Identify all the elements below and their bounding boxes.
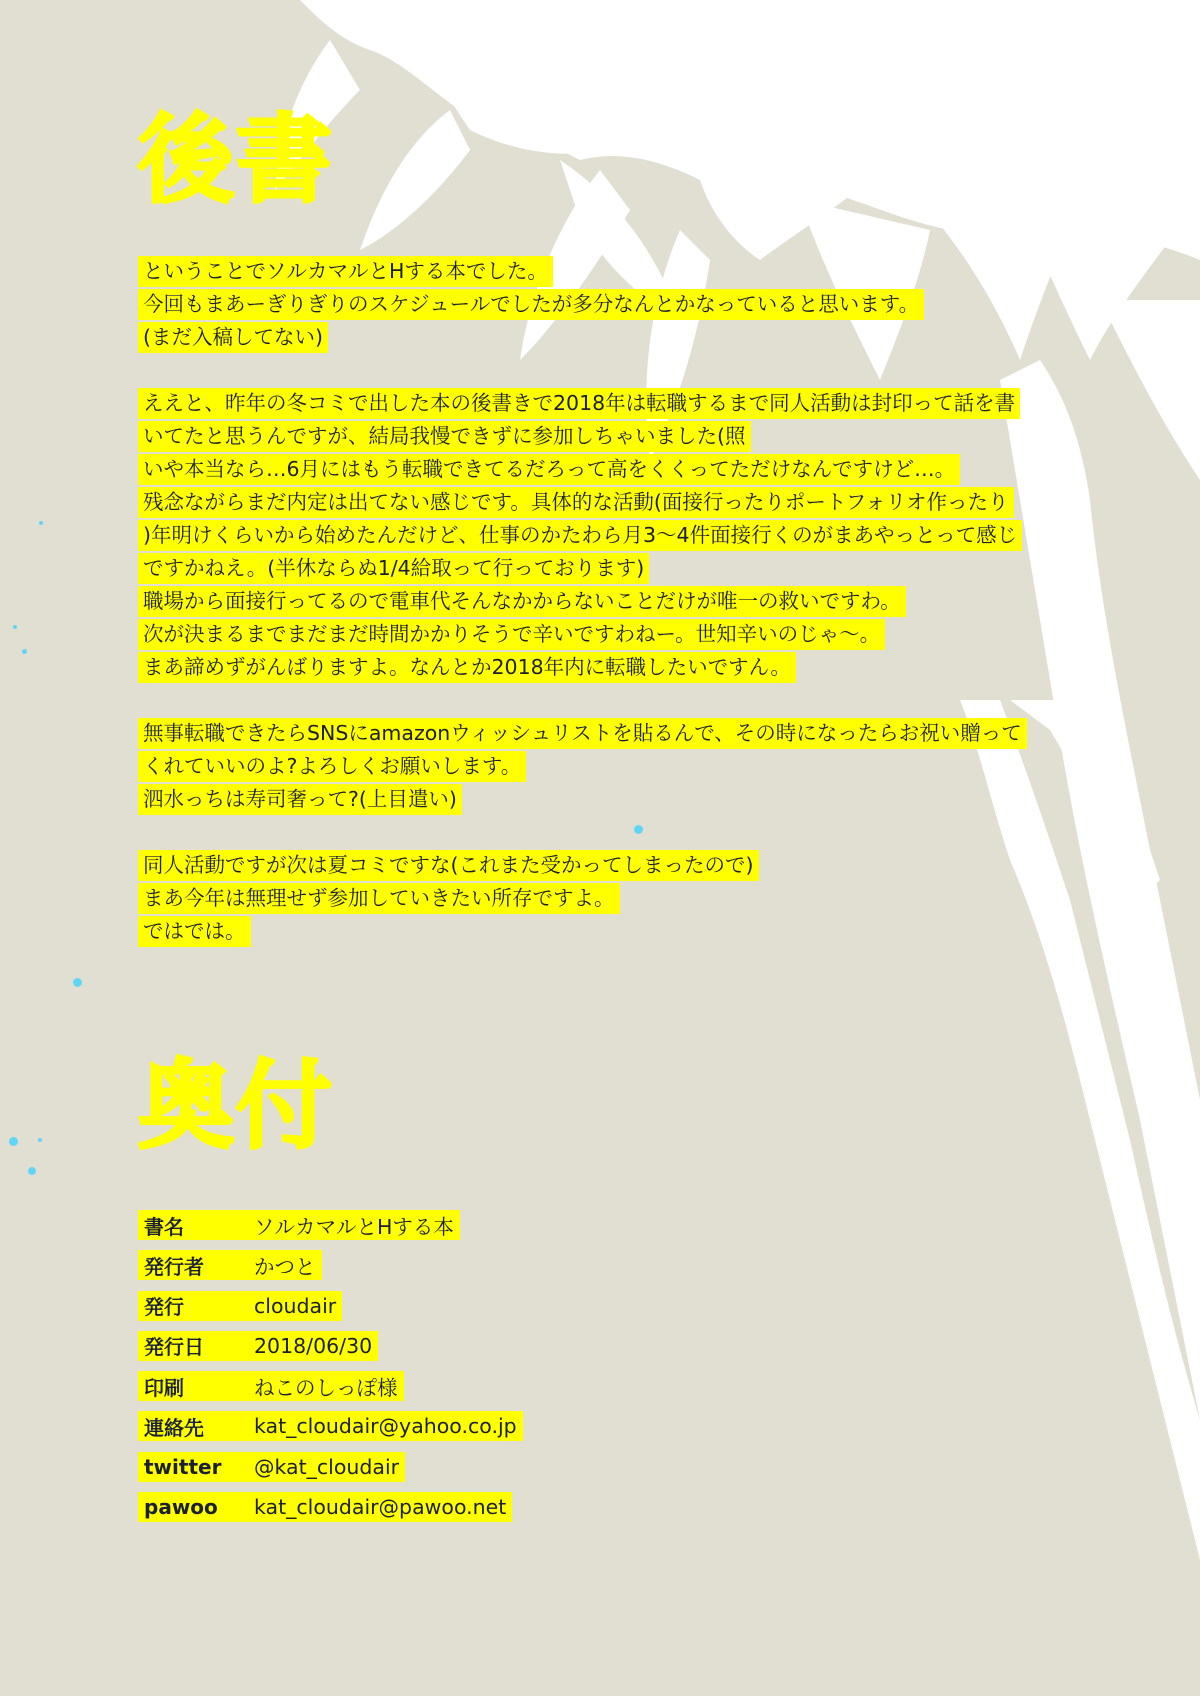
contact-email[interactable]: kat_cloudair@yahoo.co.jp [254,1414,517,1438]
decorative-dot [13,625,17,629]
colophon-value: ねこのしっぽ様 [254,1371,398,1401]
colophon-row-contact: 連絡先kat_cloudair@yahoo.co.jp [138,1411,523,1451]
colophon-row-twitter: twitter@kat_cloudair [138,1452,523,1492]
decorative-dot [28,1167,36,1175]
colophon-key: 連絡先 [144,1412,254,1441]
text-line: まあ今年は無理せず参加していきたい所存ですよ。 [138,883,620,914]
colophon-table: 書名ソルカマルとHする本 発行者かつと 発行cloudair 発行日2018/0… [138,1210,523,1532]
text-line: )年明けくらいから始めたんだけど、仕事のかたわら月3〜4件面接行くのがまあやっと… [138,520,1022,551]
text-line: 次が決まるまでまだまだ時間かかりそうで辛いですわねー。世知辛いのじゃ〜。 [138,619,885,650]
colophon-value: かつと [254,1250,316,1280]
paragraph-2: ええと、昨年の冬コミで出した本の後書きで2018年は転職するまで同人活動は封印っ… [138,388,1098,685]
text-line: 同人活動ですが次は夏コミですな(これまた受かってしまったので) [138,850,759,881]
decorative-dot [73,978,82,987]
text-line: (まだ入稿してない) [138,322,328,353]
afterword-page: 後書 ということでソルカマルとHする本でした。 今回もまあーぎりぎりのスケジュー… [0,0,1200,1696]
twitter-handle[interactable]: @kat_cloudair [254,1455,399,1479]
colophon-row-date: 発行日2018/06/30 [138,1331,523,1371]
colophon-key: twitter [144,1455,254,1479]
colophon-key: 書名 [144,1211,254,1240]
pawoo-account[interactable]: kat_cloudair@pawoo.net [254,1495,506,1519]
text-line: ですかねえ。(半休ならぬ1/4給取って行っております) [138,553,649,584]
afterword-title: 後書 [138,112,334,208]
text-line: ということでソルカマルとHする本でした。 [138,256,553,287]
text-line: 今回もまあーぎりぎりのスケジュールでしたが多分なんとかなっていると思います。 [138,289,924,320]
paragraph-4: 同人活動ですが次は夏コミですな(これまた受かってしまったので) まあ今年は無理せ… [138,850,1098,949]
text-line: 残念ながらまだ内定は出てない感じです。具体的な活動(面接行ったりポートフォリオ作… [138,487,1014,518]
decorative-dot [9,1137,18,1146]
text-line: 泗水っちは寿司奢って?(上目遣い) [138,784,462,815]
decorative-dot [38,1138,42,1142]
colophon-row-publisher: 発行cloudair [138,1291,523,1331]
colophon-value: ソルカマルとHする本 [254,1210,454,1240]
colophon-key: 印刷 [144,1372,254,1401]
colophon-row-title: 書名ソルカマルとHする本 [138,1210,523,1250]
colophon-value: cloudair [254,1294,336,1318]
colophon-row-pawoo: pawookat_cloudair@pawoo.net [138,1492,523,1532]
text-line: ええと、昨年の冬コミで出した本の後書きで2018年は転職するまで同人活動は封印っ… [138,388,1020,419]
decorative-dot [39,521,43,525]
text-line: 職場から面接行ってるので電車代そんなかからないことだけが唯一の救いですわ。 [138,586,906,617]
afterword-body: ということでソルカマルとHする本でした。 今回もまあーぎりぎりのスケジュールでし… [138,256,1098,982]
text-line: 無事転職できたらSNSにamazonウィッシュリストを貼るんで、その時になったら… [138,718,1027,749]
colophon-title: 奥付 [138,1058,334,1154]
decorative-dot [22,649,27,654]
colophon-row-printer: 印刷ねこのしっぽ様 [138,1371,523,1411]
colophon-value: 2018/06/30 [254,1334,372,1358]
text-line: くれていいのよ?よろしくお願いします。 [138,751,526,782]
paragraph-1: ということでソルカマルとHする本でした。 今回もまあーぎりぎりのスケジュールでし… [138,256,1098,355]
text-line: いてたと思うんですが、結局我慢できずに参加しちゃいました(照 [138,421,751,452]
colophon-key: 発行日 [144,1331,254,1360]
text-line: いや本当なら…6月にはもう転職できてるだろって高をくくってただけなんですけど…。 [138,454,960,485]
colophon-key: 発行 [144,1291,254,1320]
colophon-key: 発行者 [144,1251,254,1280]
colophon-key: pawoo [144,1495,254,1519]
colophon-row-author: 発行者かつと [138,1250,523,1290]
text-line: ではでは。 [138,916,251,947]
paragraph-3: 無事転職できたらSNSにamazonウィッシュリストを貼るんで、その時になったら… [138,718,1098,817]
text-line: まあ諦めずがんばりますよ。なんとか2018年内に転職したいですん。 [138,652,796,683]
